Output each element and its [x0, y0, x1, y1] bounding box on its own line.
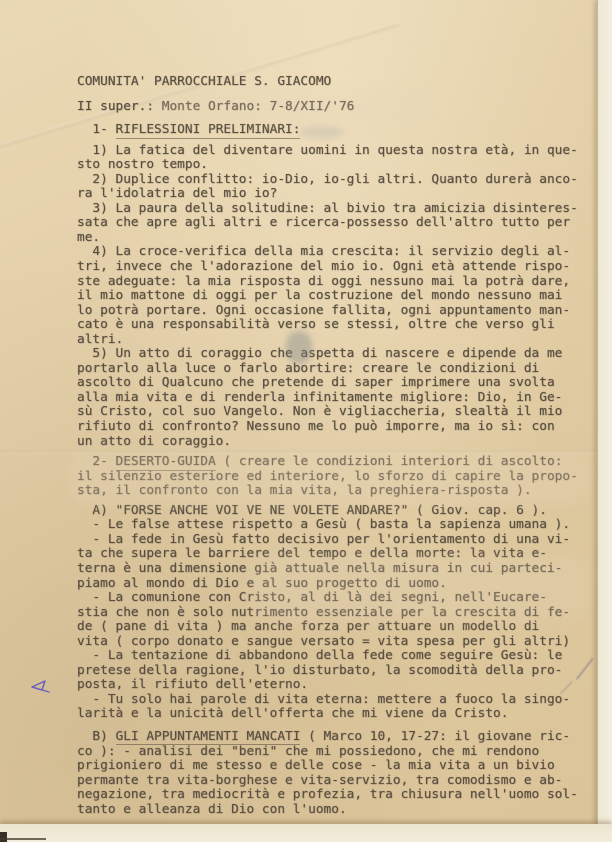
text-line: 2- DESERTO-GUIDA ( creare le condizioni … [77, 455, 597, 470]
text-line: stia che non è solo nutrimento essenzial… [77, 606, 597, 621]
section-2-heading: 2- DESERTO-GUIDA ( creare le condizioni … [77, 455, 597, 499]
text-line: co ): - analisi dei "beni" che mi possie… [77, 745, 597, 760]
para-1: 1) La fatica del diventare uomini in que… [77, 144, 597, 173]
text-line: 1) La fatica del diventare uomini in que… [77, 144, 597, 159]
scan-edge-bottom [0, 824, 612, 842]
scan-smudge [286, 331, 312, 364]
text-line: de ( pane di vita ) ma anche forza per a… [77, 620, 597, 635]
text-line: 2) Duplice conflitto: io-Dio, io-gli alt… [77, 173, 597, 188]
pen-arrow-icon [29, 679, 52, 696]
text-line: negazione, tra mediocrità e profezia, tr… [77, 788, 597, 803]
text-line: II super.: Monte Orfano: 7-8/XII/'76 [77, 100, 597, 115]
text-line: - La fede in Gesù fatto decisivo per l'o… [77, 533, 597, 548]
bullet-a-4: - La tentazione di abbandono della fede … [77, 649, 597, 693]
text-line: piamo al mondo di Dio e al suo progetto … [77, 577, 597, 592]
text-line: terna è una dimensione già attuale nella… [77, 562, 597, 577]
text-line: cato è una responsabilità verso se stess… [77, 318, 597, 333]
text-line: il mio mattone di oggi per la costruzion… [77, 289, 597, 304]
date-line: II super.: Monte Orfano: 7-8/XII/'76 [77, 100, 597, 115]
para-2: 2) Duplice conflitto: io-Dio, io-gli alt… [77, 173, 597, 202]
text-line: - La comunione con Cristo, al di là dei … [77, 591, 597, 606]
text-line: tanto e alleanza di Dio con l'uomo. [77, 803, 597, 818]
text-line: rifiuto di confronto? Nessuno me lo può … [77, 420, 597, 435]
text-line: COMUNITA' PARROCCHIALE S. GIACOMO [77, 75, 597, 90]
text-line: ascolto di Qualcuno che pretende di sape… [77, 376, 597, 391]
text-line: il silenzio esteriore ed interiore, lo s… [77, 470, 597, 485]
text-line: prigioniero di me stesso e delle cose - … [77, 759, 597, 774]
typewritten-text: COMUNITA' PARROCCHIALE S. GIACOMOII supe… [77, 75, 597, 817]
bullet-a-2: - La fede in Gesù fatto decisivo per l'o… [77, 533, 597, 591]
text-line: - Le false attese rispetto a Gesù ( bast… [77, 518, 597, 533]
text-line: 4) La croce-verifica della mia crescita:… [77, 245, 597, 260]
text-line: altri. [77, 333, 597, 348]
text-line: 3) La paura della solitudine: al bivio t… [77, 202, 597, 217]
text-line: un atto di coraggio. [77, 435, 597, 450]
text-line: larità e la unicità dell'offerta che mi … [77, 707, 597, 722]
scan-corner-mark [0, 832, 7, 842]
text-line: ra l'idolatria del mio io? [77, 187, 597, 202]
text-line: portarlo alla luce o farlo abortire: cre… [77, 362, 597, 377]
text-line: ta che supera le barriere del tempo e de… [77, 547, 597, 562]
text-line: sata che apre agli altri e ricerca-posse… [77, 216, 597, 231]
text-line: sto nostro tempo. [77, 158, 597, 173]
text-line: 5) Un atto di coraggio che aspetta di na… [77, 347, 597, 362]
text-line: me. [77, 231, 597, 246]
text-line: B) GLI APPUNTAMENTI MANCATI ( Marco 10, … [77, 730, 597, 745]
text-line: tri, invece che l'adorazione del mio io.… [77, 260, 597, 275]
para-5: 5) Un atto di coraggio che aspetta di na… [77, 347, 597, 449]
bullet-a-5: - Tu solo hai parole di vita eterna: met… [77, 693, 597, 722]
para-3: 3) La paura della solitudine: al bivio t… [77, 202, 597, 246]
text-line: sù Cristo, col suo Vangelo. Non è viglia… [77, 405, 597, 420]
scan-smudge [300, 126, 344, 139]
bullet-a-1: - Le false attese rispetto a Gesù ( bast… [77, 518, 597, 533]
text-line: - La tentazione di abbandono della fede … [77, 649, 597, 664]
para-4: 4) La croce-verifica della mia crescita:… [77, 245, 597, 347]
text-line: sta, il confronto con la mia vita, la pr… [77, 484, 597, 499]
scan-corner-line [0, 838, 46, 840]
title-line: COMUNITA' PARROCCHIALE S. GIACOMO [77, 75, 597, 90]
text-line: permante tra vita-borghese e vita-serviz… [77, 774, 597, 789]
scan-edge-right [597, 0, 612, 842]
text-line: posta, il rifiuto dell'eterno. [77, 678, 597, 693]
text-line: ste adeguate: la mia risposta di oggi ne… [77, 275, 597, 290]
scanned-page: COMUNITA' PARROCCHIALE S. GIACOMOII supe… [0, 0, 612, 842]
paper-sheet: COMUNITA' PARROCCHIALE S. GIACOMOII supe… [0, 0, 612, 842]
bullet-a-3: - La comunione con Cristo, al di là dei … [77, 591, 597, 649]
text-line: pretese della ragione, l'io disturbato, … [77, 664, 597, 679]
subsection-b: B) GLI APPUNTAMENTI MANCATI ( Marco 10, … [77, 730, 597, 817]
